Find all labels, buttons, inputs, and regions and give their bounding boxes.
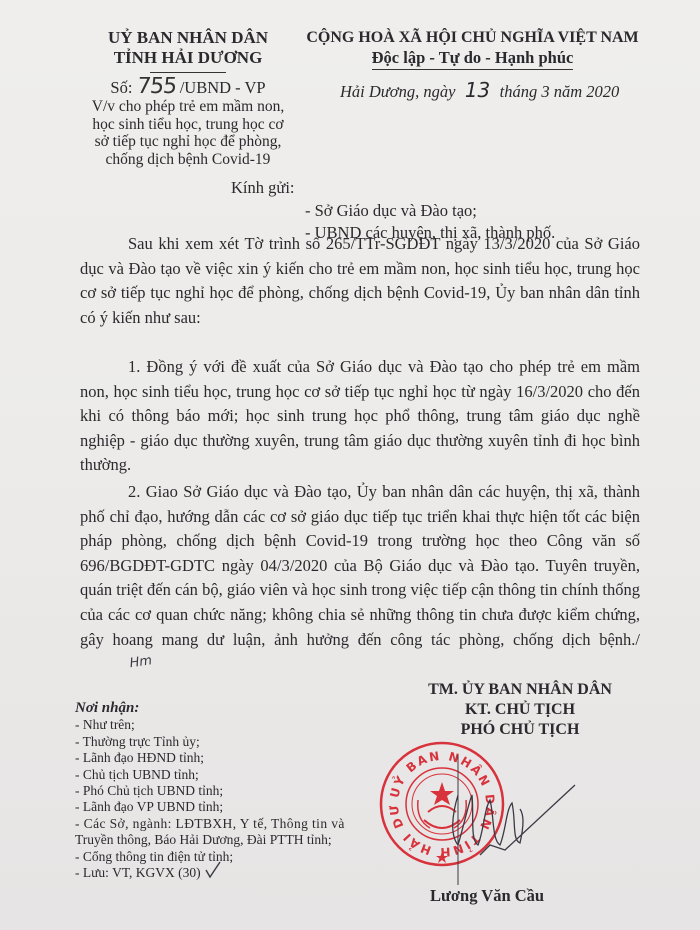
addressee-item: - Sở Giáo dục và Đào tạo; (305, 200, 555, 222)
recipient-item: - Cổng thông tin điện tử tỉnh; (75, 849, 375, 865)
recipient-item: - Phó Chủ tịch UBND tỉnh; (75, 783, 375, 799)
recipient-item: - Chủ tịch UBND tỉnh; (75, 767, 375, 783)
subject-line: sở tiếp tục nghỉ học để phòng, (88, 133, 288, 151)
number-label: Số: (110, 78, 132, 97)
number-suffix: /UBND - VP (180, 78, 266, 97)
recipient-item: - Lưu: VT, KGVX (30) (75, 865, 375, 881)
motto: Độc lập - Tự do - Hạnh phúc (372, 48, 574, 70)
recipient-item: - Như trên; (75, 717, 375, 733)
body-point-1: 1. Đồng ý với đề xuất của Sở Giáo dục và… (80, 355, 640, 480)
handwritten-day: 13 (460, 78, 496, 102)
recipient-item: - Thường trực Tỉnh ủy; (75, 734, 375, 750)
handwritten-signature-icon (450, 745, 620, 895)
body-point-2: 2. Giao Sở Giáo dục và Đào tạo, Ủy ban n… (80, 480, 640, 681)
recipient-item: Truyền thông, Báo Hải Dương, Đài PTTH tỉ… (75, 832, 375, 848)
subject: V/v cho phép trẻ em mầm non, học sinh ti… (88, 98, 288, 168)
date-suffix: tháng 3 năm 2020 (500, 82, 620, 101)
document-number: Số: 755 /UBND - VP (88, 77, 288, 98)
handwritten-number: 755 (136, 77, 177, 97)
recipients-title: Nơi nhận: (75, 700, 375, 716)
national-header: CỘNG HOÀ XÃ HỘI CHỦ NGHĨA VIỆT NAM Độc l… (300, 28, 645, 70)
recipients-block: Nơi nhận: - Như trên; - Thường trực Tỉnh… (75, 700, 375, 881)
signature-block: TM. ỦY BAN NHÂN DÂN KT. CHỦ TỊCH PHÓ CHỦ… (395, 680, 645, 740)
point-2-text: 2. Giao Sở Giáo dục và Đào tạo, Ủy ban n… (80, 482, 640, 649)
signer-role-2: PHÓ CHỦ TỊCH (395, 720, 645, 740)
authority-name: UỶ BAN NHÂN DÂN (88, 28, 288, 48)
divider (150, 72, 226, 73)
body-intro: Sau khi xem xét Tờ trình số 265/TTr-SGDĐ… (80, 232, 640, 332)
point-2-paragraph: 2. Giao Sở Giáo dục và Đào tạo, Ủy ban n… (80, 480, 640, 679)
province-name: TỈNH HẢI DƯƠNG (88, 48, 288, 68)
country-name: CỘNG HOÀ XÃ HỘI CHỦ NGHĨA VIỆT NAM (300, 28, 645, 48)
date-prefix: Hải Dương, ngày (340, 82, 455, 101)
subject-line: V/v cho phép trẻ em mầm non, (88, 98, 288, 116)
signer-name: Lương Văn Cầu (430, 886, 544, 906)
recipient-item: - Các Sở, ngành: LĐTBXH, Y tế, Thông tin… (75, 816, 375, 832)
recipient-item: - Lãnh đạo VP UBND tỉnh; (75, 799, 375, 815)
point-1-paragraph: 1. Đồng ý với đề xuất của Sở Giáo dục và… (80, 355, 640, 478)
addressee-label: Kính gửi: (231, 178, 295, 198)
recipient-item: - Lãnh đạo HĐND tỉnh; (75, 750, 375, 766)
place-date: Hải Dương, ngày 13 tháng 3 năm 2020 (340, 78, 619, 102)
handwritten-initials: Hm (81, 649, 154, 683)
subject-line: chống dịch bệnh Covid-19 (88, 151, 288, 169)
signer-role-1: KT. CHỦ TỊCH (395, 700, 645, 720)
subject-line: học sinh tiểu học, trung học cơ (88, 116, 288, 134)
intro-paragraph: Sau khi xem xét Tờ trình số 265/TTr-SGDĐ… (80, 232, 640, 330)
checkmark-icon (203, 860, 223, 880)
signer-org: TM. ỦY BAN NHÂN DÂN (395, 680, 645, 700)
issuing-authority-block: UỶ BAN NHÂN DÂN TỈNH HẢI DƯƠNG Số: 755 /… (88, 28, 288, 168)
